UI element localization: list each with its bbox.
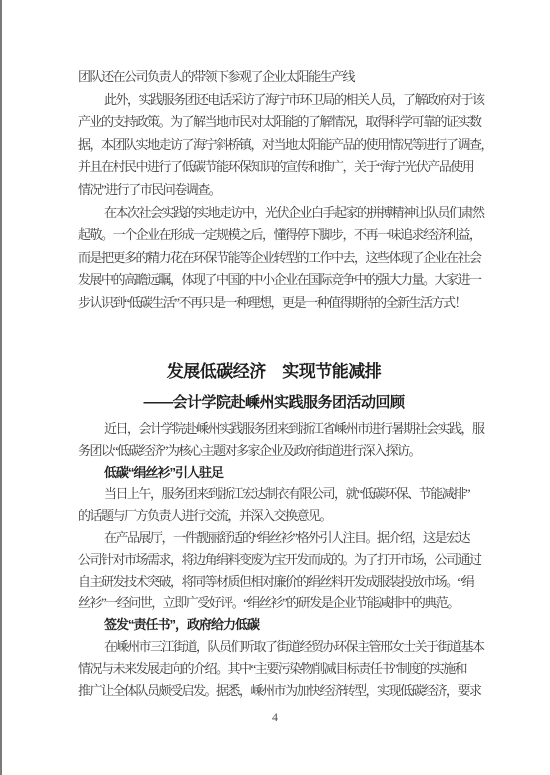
article-subheading: 签发“责任书”，政府给力低碳 xyxy=(78,614,470,636)
body-line: 在产品展厅，一件靓丽舒适的“绢丝衫”格外引人注目。据介绍，这是宏达 xyxy=(78,527,470,549)
body-line: 丝衫”一经问世，立即广受好评。“绢丝衫”的研发是企业节能减排中的典范。 xyxy=(78,592,470,614)
body-line: 据，本团队实地走访了海宁斜桥镇，对当地太阳能产品的使用情况等进行了调查， xyxy=(78,134,470,157)
body-line: 发展中的高瞻远瞩，体现了中国的中小企业在国际竞争中的强大力量。大家进一 xyxy=(78,269,470,292)
article-body-section: 近日，会计学院赴嵊州实践服务团来到浙江省嵊州市进行暑期社会实践，服 务团以“低碳… xyxy=(78,418,470,701)
body-line: 情况与未来发展走向的介绍。其中“主要污染物削减目标责任书”制度的实施和 xyxy=(78,658,470,680)
page-number: 4 xyxy=(0,709,550,725)
body-line: 公司针对市场需求，将边角绢料变废为宝开发而成的。为了打开市场，公司通过 xyxy=(78,549,470,571)
body-line: 自主研发技术突破，将同等材质但相对廉价的绢丝料开发成服装投放市场。“绢 xyxy=(78,571,470,593)
body-line: 当日上午，服务团来到浙江宏达制衣有限公司，就“低碳环保、节能减排” xyxy=(78,483,470,505)
body-line: 推广让全体队员颇受启发。据悉，嵊州市为加快经济转型，实现低碳经济，要求 xyxy=(78,680,470,702)
article-title: 发展低碳经济 实现节能减排 xyxy=(78,360,470,384)
body-line: 而是把更多的精力花在环保节能等企业转型的工作中去，这些体现了企业在社会 xyxy=(78,247,470,270)
body-line: 情况”进行了市民问卷调查。 xyxy=(78,179,470,202)
scan-edge-line xyxy=(0,0,2,775)
body-line: 的话题与厂方负责人进行交流，并深入交换意见。 xyxy=(78,505,470,527)
body-line: 近日，会计学院赴嵊州实践服务团来到浙江省嵊州市进行暑期社会实践，服 xyxy=(78,418,470,440)
article-subheading: 低碳“绢丝衫”引人驻足 xyxy=(78,462,470,484)
body-line: 起敬。一个企业在形成一定规模之后，懂得停下脚步，不再一味追求经济利益， xyxy=(78,224,470,247)
body-line: 产业的支持政策。为了解当地市民对太阳能的了解情况，取得科学可靠的证实数 xyxy=(78,111,470,134)
body-line: 务团以“低碳经济”为核心主题对多家企业及政府街道进行深入探访。 xyxy=(78,440,470,462)
body-line: 并且在村民中进行了低碳节能环保知识的宣传和推广，关于“海宁光伏产品使用 xyxy=(78,156,470,179)
body-line: 在嵊州市三江街道，队员们听取了街道经贸办环保主管邢女士关于街道基本 xyxy=(78,636,470,658)
article-subtitle: ——会计学院赴嵊州实践服务团活动回顾 xyxy=(78,392,470,414)
document-page: 团队还在公司负责人的带领下参观了企业太阳能生产线 此外，实践服务团还电话采访了海… xyxy=(0,0,550,775)
body-line: 团队还在公司负责人的带领下参观了企业太阳能生产线 xyxy=(78,66,470,89)
intro-section: 团队还在公司负责人的带领下参观了企业太阳能生产线 此外，实践服务团还电话采访了海… xyxy=(78,66,470,315)
body-line: 在本次社会实践的实地走访中，光伏企业白手起家的拼搏精神让队员们肃然 xyxy=(78,202,470,225)
body-line: 此外，实践服务团还电话采访了海宁市环卫局的相关人员，了解政府对于该 xyxy=(78,89,470,112)
body-line: 步认识到“低碳生活”不再只是一种理想，更是一种值得期待的全新生活方式！ xyxy=(78,292,470,315)
